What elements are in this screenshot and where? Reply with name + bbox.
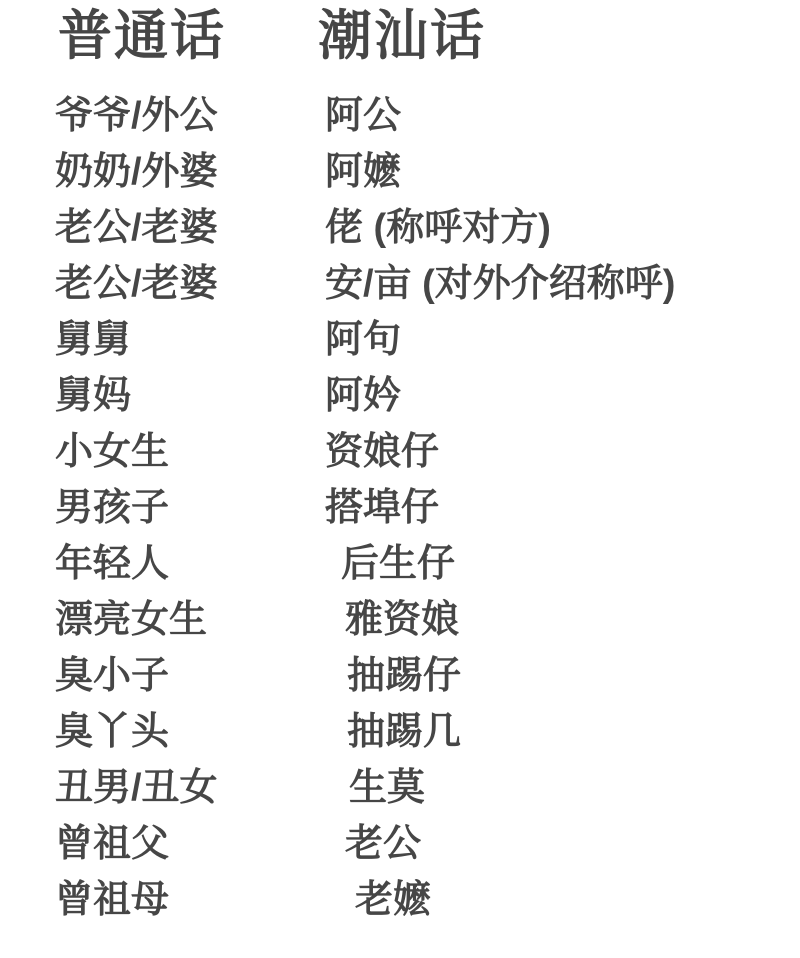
teochew-cell: 抽踢仔	[325, 648, 800, 704]
table-row: 曾祖母 老嬷	[55, 872, 800, 928]
table-row: 年轻人 后生仔	[55, 536, 800, 592]
mandarin-cell: 奶奶/外婆	[55, 144, 325, 200]
column-header-teochew: 潮汕话	[318, 2, 800, 70]
table-row: 舅舅 阿句	[55, 312, 800, 368]
table-row: 曾祖父 老公	[55, 816, 800, 872]
table-row: 舅妈 阿妗	[55, 368, 800, 424]
teochew-cell: 阿嬷	[325, 144, 800, 200]
table-row: 老公/老婆 佬 (称呼对方)	[55, 200, 800, 256]
mandarin-cell: 老公/老婆	[55, 256, 325, 312]
mandarin-cell: 舅妈	[55, 368, 325, 424]
vocab-table: 爷爷/外公 阿公 奶奶/外婆 阿嬷 老公/老婆 佬 (称呼对方) 老公/老婆 安…	[55, 88, 800, 928]
mandarin-cell: 臭丫头	[55, 704, 325, 760]
teochew-cell: 生莫	[325, 760, 800, 816]
table-row: 丑男/丑女 生莫	[55, 760, 800, 816]
teochew-cell: 老公	[325, 816, 800, 872]
mandarin-cell: 曾祖母	[55, 872, 325, 928]
mandarin-cell: 丑男/丑女	[55, 760, 325, 816]
mandarin-cell: 曾祖父	[55, 816, 325, 872]
table-row: 臭丫头 抽踢几	[55, 704, 800, 760]
teochew-cell: 老嬷	[325, 872, 800, 928]
mandarin-cell: 老公/老婆	[55, 200, 325, 256]
teochew-cell: 抽踢几	[325, 704, 800, 760]
teochew-cell: 安/亩 (对外介绍称呼)	[325, 256, 800, 312]
table-row: 男孩子 搭埠仔	[55, 480, 800, 536]
table-row: 臭小子 抽踢仔	[55, 648, 800, 704]
mandarin-cell: 臭小子	[55, 648, 325, 704]
teochew-cell: 搭埠仔	[325, 480, 800, 536]
teochew-cell: 雅资娘	[325, 592, 800, 648]
mandarin-cell: 爷爷/外公	[55, 88, 325, 144]
teochew-cell: 后生仔	[325, 536, 800, 592]
mandarin-cell: 漂亮女生	[55, 592, 325, 648]
column-header-mandarin: 普通话	[58, 2, 318, 70]
mandarin-cell: 舅舅	[55, 312, 325, 368]
table-header: 普通话 潮汕话	[58, 2, 800, 70]
teochew-cell: 阿妗	[325, 368, 800, 424]
table-row: 漂亮女生 雅资娘	[55, 592, 800, 648]
mandarin-cell: 小女生	[55, 424, 325, 480]
vocab-comparison-page: 普通话 潮汕话 爷爷/外公 阿公 奶奶/外婆 阿嬷 老公/老婆 佬 (称呼对方)…	[0, 0, 800, 958]
mandarin-cell: 男孩子	[55, 480, 325, 536]
mandarin-cell: 年轻人	[55, 536, 325, 592]
table-row: 小女生 资娘仔	[55, 424, 800, 480]
teochew-cell: 阿公	[325, 88, 800, 144]
teochew-cell: 资娘仔	[325, 424, 800, 480]
teochew-cell: 阿句	[325, 312, 800, 368]
teochew-cell: 佬 (称呼对方)	[325, 200, 800, 256]
table-row: 老公/老婆 安/亩 (对外介绍称呼)	[55, 256, 800, 312]
table-row: 奶奶/外婆 阿嬷	[55, 144, 800, 200]
table-row: 爷爷/外公 阿公	[55, 88, 800, 144]
